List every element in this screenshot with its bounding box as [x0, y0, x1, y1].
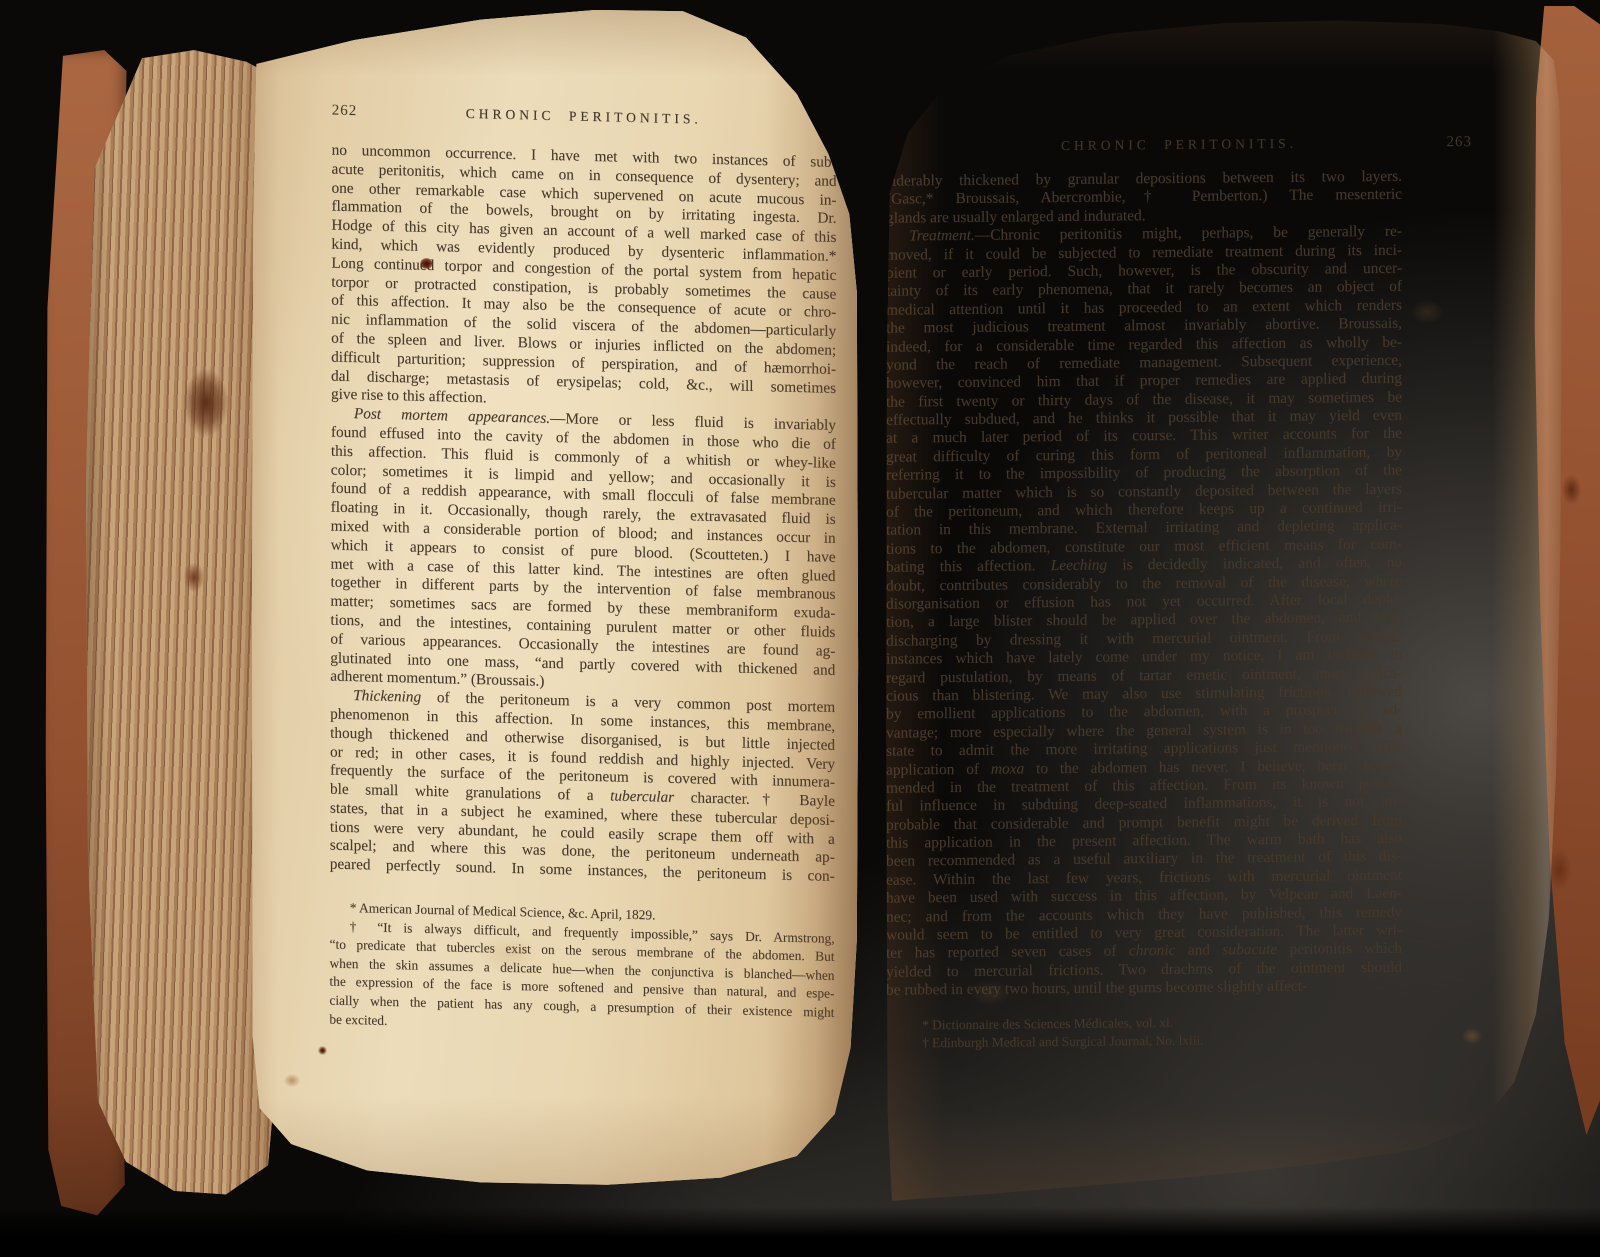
page-stain — [318, 1046, 327, 1055]
text-line: be rubbed in every two hours, until the … — [886, 977, 1402, 1000]
page-header-right: CHRONIC PERITONITIS. 263 — [886, 134, 1472, 157]
page-header-left: 262 CHRONIC PERITONITIS. — [332, 103, 836, 132]
running-head-right: CHRONIC PERITONITIS. — [1061, 136, 1297, 154]
page-footnotes-left: * American Journal of Medical Science, &… — [329, 899, 834, 1041]
page-footnotes-right: * Dictionnaire des Sciences Médicales, v… — [902, 1011, 1418, 1053]
page-edges-stack — [82, 42, 282, 1206]
page-body-right: siderably thickened by granular depositi… — [886, 168, 1402, 1001]
book-page-left: 262 CHRONIC PERITONITIS. no uncommon occ… — [228, 4, 860, 1204]
page-body-left: no uncommon occurrence. I have met with … — [330, 142, 837, 887]
open-book-photo: 262 CHRONIC PERITONITIS. no uncommon occ… — [0, 0, 1600, 1257]
page-stain — [284, 1074, 300, 1087]
page-number-right: 263 — [1447, 134, 1473, 151]
page-number-left: 262 — [332, 103, 358, 121]
running-head-left: CHRONIC PERITONITIS. — [466, 106, 702, 128]
book-page-right: CHRONIC PERITONITIS. 263 siderably thick… — [850, 0, 1572, 1208]
text-line: † Edinburgh Medical and Surgical Journal… — [902, 1030, 1418, 1054]
